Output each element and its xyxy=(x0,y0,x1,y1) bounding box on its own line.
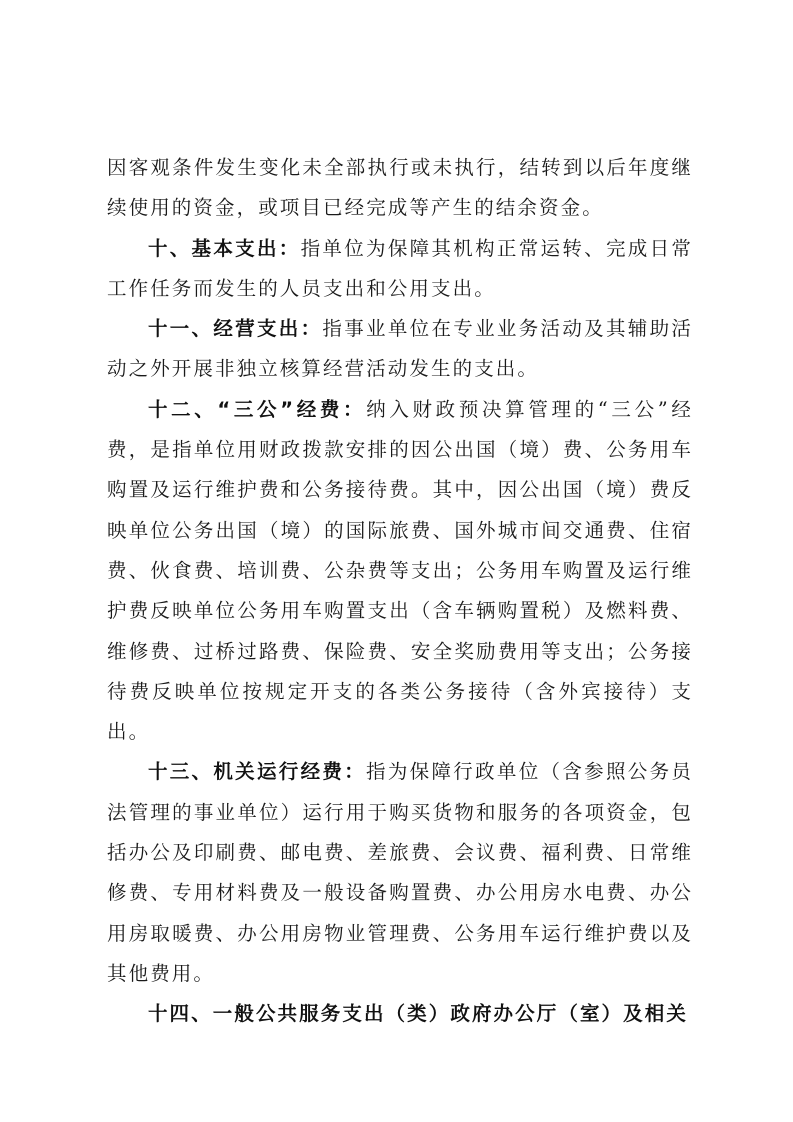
paragraph-text: 纳入财政预决算管理的“三公”经费，是指单位用财政拨款安排的因公出国（境）费、公务… xyxy=(107,398,693,743)
term-three-public-expenses: 十二、“三公”经费： xyxy=(148,398,366,421)
term-agency-operating-funds: 十三、机关运行经费： xyxy=(148,760,366,783)
paragraph-text: 因客观条件发生变化未全部执行或未执行，结转到以后年度继续使用的资金，或项目已经完… xyxy=(107,156,693,219)
heading-text: 十四、一般公共服务支出（类）政府办公厅（室）及相关 xyxy=(148,1002,688,1025)
term-operating-expenditure: 十一、经营支出： xyxy=(148,317,322,340)
section-heading-general-public-services: 十四、一般公共服务支出（类）政府办公厅（室）及相关 xyxy=(107,994,693,1034)
document-page: 因客观条件发生变化未全部执行或未执行，结转到以后年度继续使用的资金，或项目已经完… xyxy=(107,148,693,1035)
paragraph-continuation: 因客观条件发生变化未全部执行或未执行，结转到以后年度继续使用的资金，或项目已经完… xyxy=(107,148,693,229)
term-basic-expenditure: 十、基本支出： xyxy=(148,237,301,260)
paragraph-operating-expenditure: 十一、经营支出：指事业单位在专业业务活动及其辅助活动之外开展非独立核算经营活动发… xyxy=(107,309,693,390)
paragraph-agency-operating-funds: 十三、机关运行经费：指为保障行政单位（含参照公务员法管理的事业单位）运行用于购买… xyxy=(107,752,693,994)
paragraph-basic-expenditure: 十、基本支出：指单位为保障其机构正常运转、完成日常工作任务而发生的人员支出和公用… xyxy=(107,229,693,310)
paragraph-three-public-expenses: 十二、“三公”经费：纳入财政预决算管理的“三公”经费，是指单位用财政拨款安排的因… xyxy=(107,390,693,753)
paragraph-text: 指为保障行政单位（含参照公务员法管理的事业单位）运行用于购买货物和服务的各项资金… xyxy=(107,760,693,984)
